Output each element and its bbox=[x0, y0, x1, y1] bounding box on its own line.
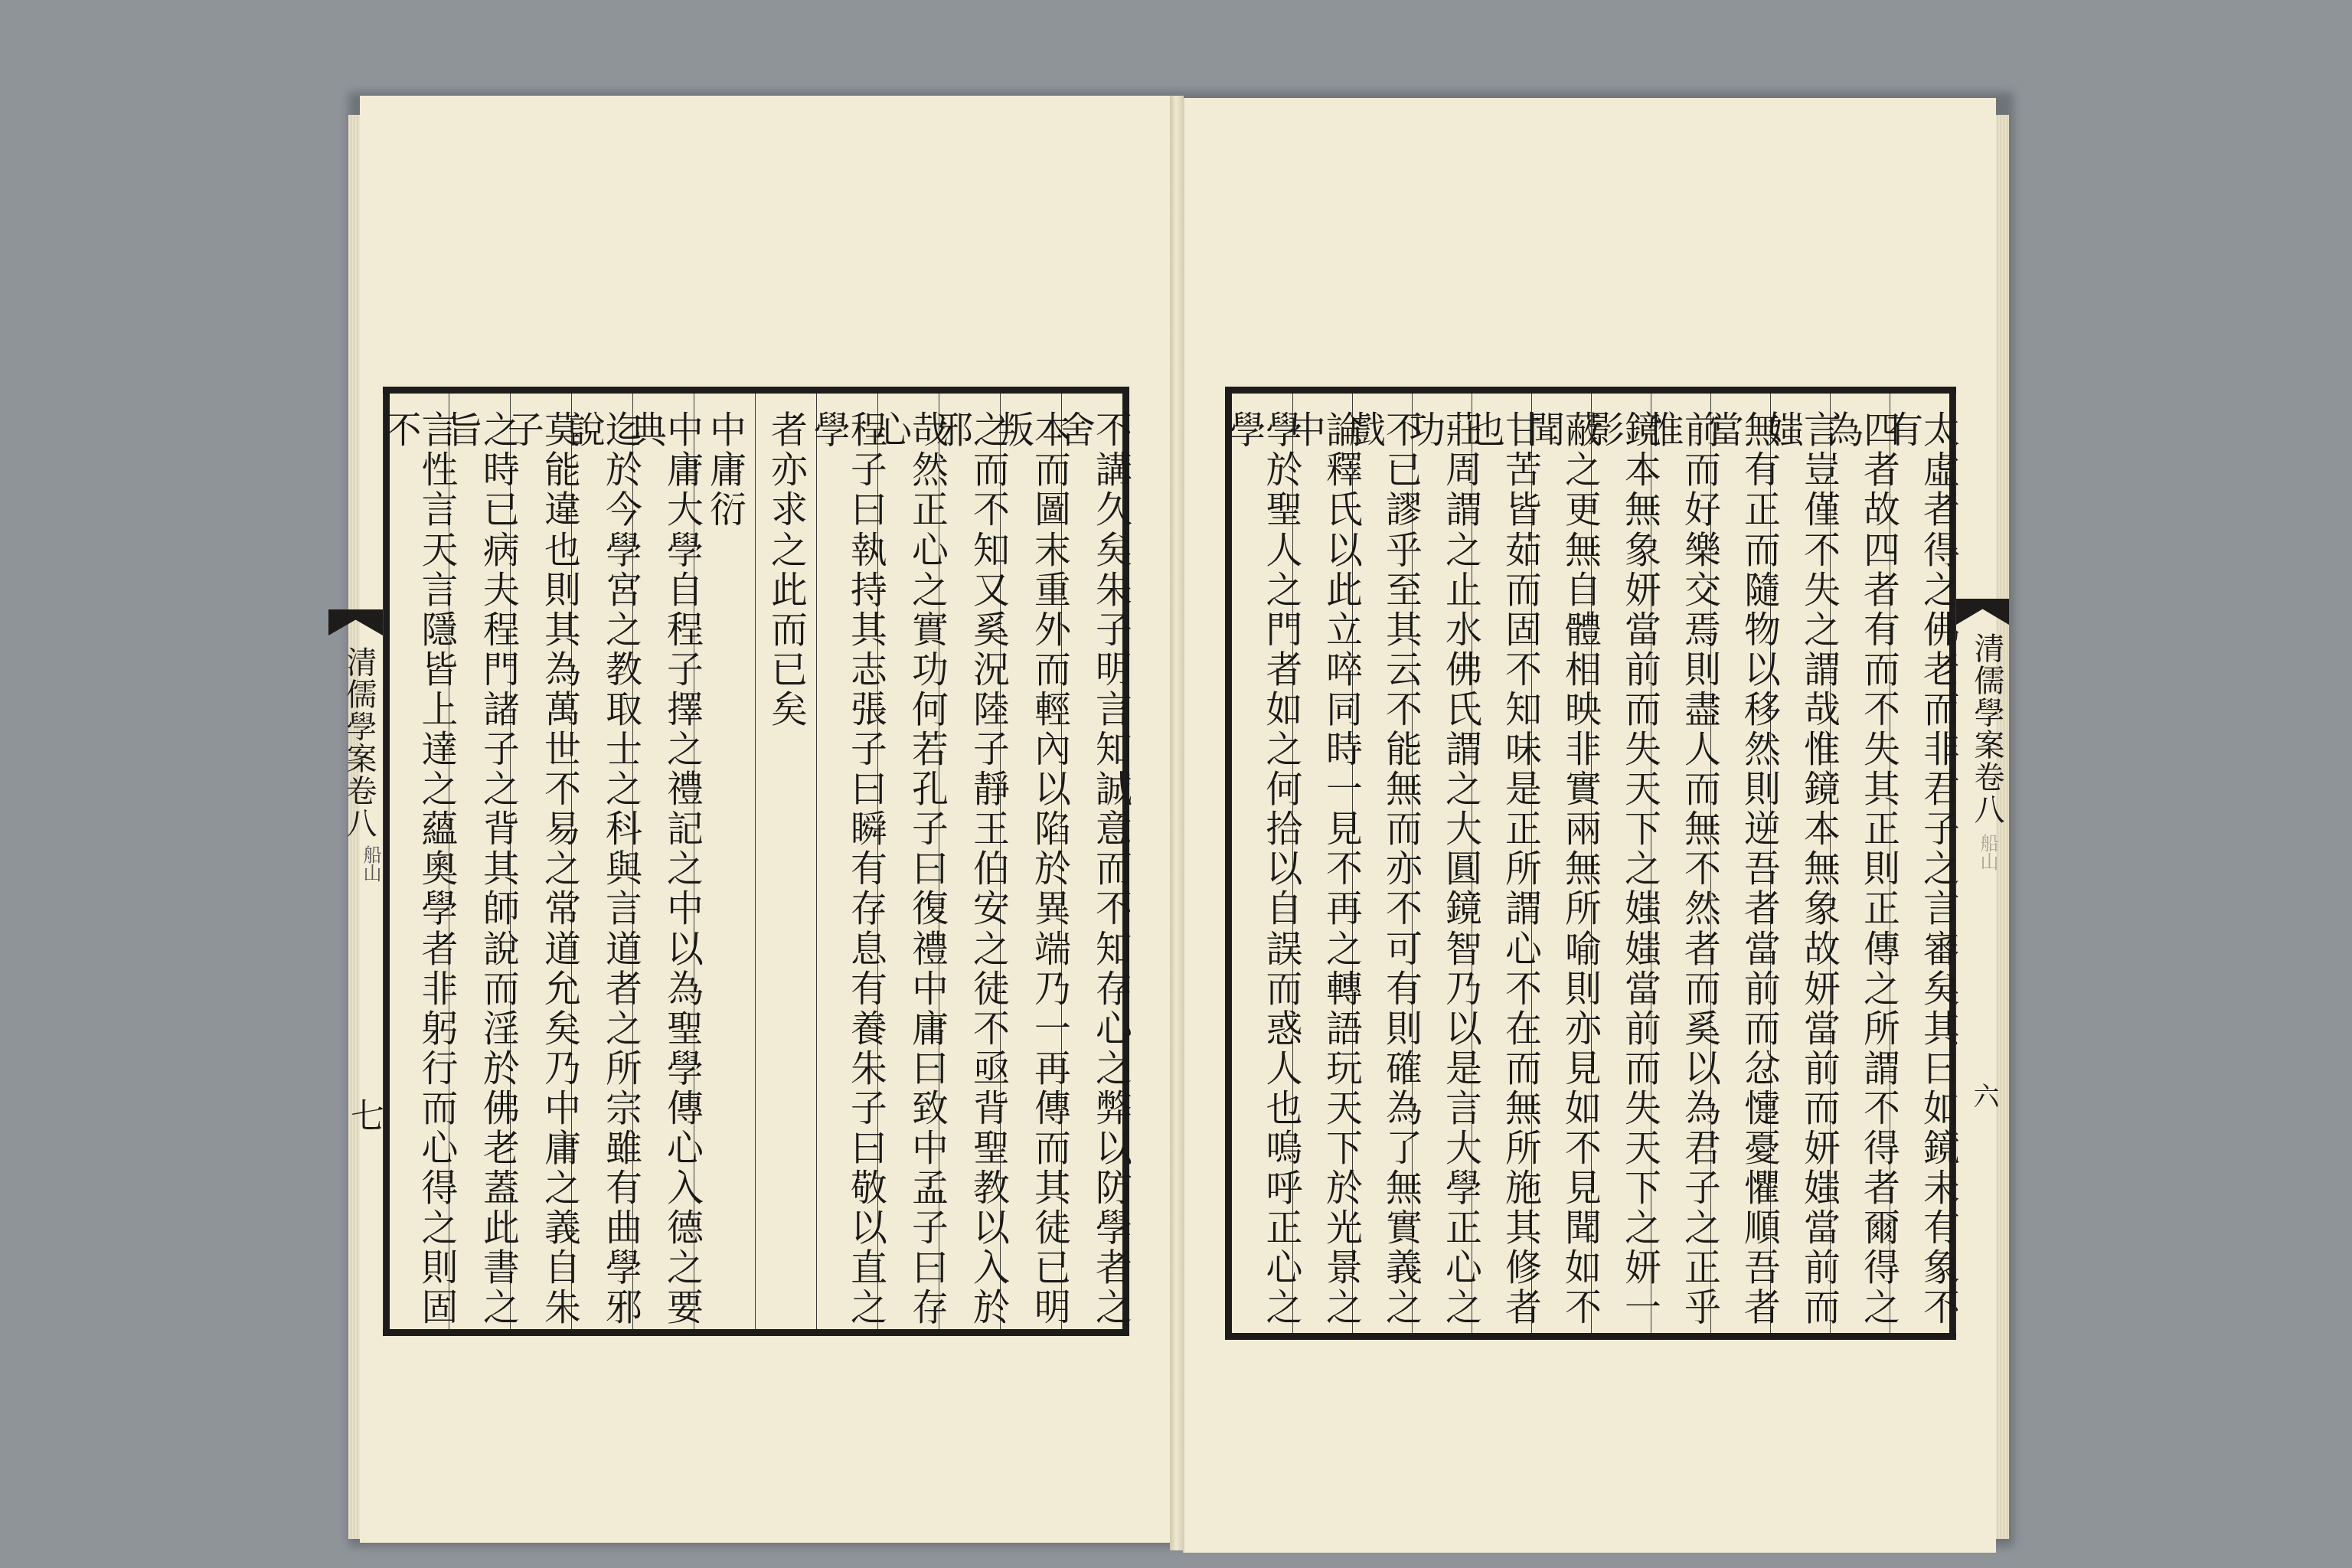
right-text-columns: 太虛者得之佛老而非君子之言審矣其曰如鏡未有象不有 四者故四者有而不失其正則正傳之… bbox=[1232, 394, 1949, 1333]
block-centre-author: 船山 bbox=[1975, 834, 2001, 871]
fishtail-mark-icon bbox=[328, 609, 383, 635]
text-column: 言性言天言隱皆上達之蘊奧學者非躬行而心得之則固不 bbox=[387, 394, 449, 1329]
left-page-text-frame: 清儒學案卷八 船山 七 不講久矣朱子明言知誠意而不知存心之弊以防學者之舍 本而圖… bbox=[383, 387, 1129, 1336]
left-text-columns: 不講久矣朱子明言知誠意而不知存心之弊以防學者之舍 本而圖末重外而輕內以陷於異端乃… bbox=[390, 394, 1122, 1329]
fishtail-mark-icon bbox=[1956, 599, 2009, 625]
left-block-centre: 清儒學案卷八 船山 七 bbox=[328, 394, 384, 1329]
text-column: 程子曰執持其志張子曰瞬有存息有養朱子曰敬以直之學 bbox=[816, 394, 877, 1329]
right-block-centre: 清儒學案卷八 船山 六 bbox=[1955, 394, 2009, 1333]
text-column: 者亦求之此而已矣 bbox=[755, 394, 816, 1329]
book-gutter bbox=[1170, 96, 1184, 1550]
block-centre-author: 船山 bbox=[358, 845, 384, 882]
block-centre-title: 清儒學案卷八 bbox=[1965, 632, 2009, 825]
text-column: 學於聖人之門者如之何拾以自誤而惑人也嗚呼正心之學 bbox=[1233, 394, 1292, 1333]
text-column: 之時已病夫程門諸子之背其師說而淫於佛老蓋此書之旨 bbox=[449, 394, 510, 1329]
block-centre-page-number: 六 bbox=[1965, 1083, 2003, 1109]
block-centre-title: 清儒學案卷八 bbox=[338, 646, 381, 839]
right-page-text-frame: 太虛者得之佛老而非君子之言審矣其曰如鏡未有象不有 四者故四者有而不失其正則正傳之… bbox=[1225, 387, 1956, 1340]
